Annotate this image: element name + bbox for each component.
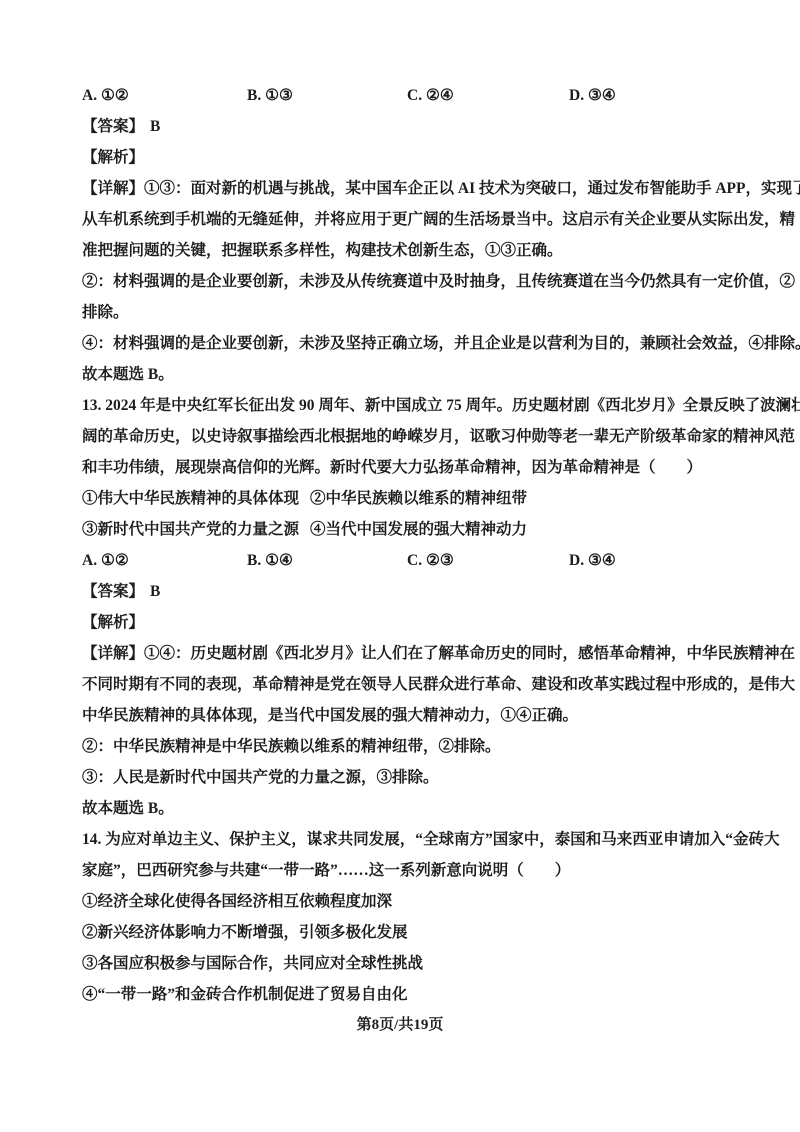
q13-options-row: A. ①② B. ①④ C. ②③ D. ③④: [82, 545, 718, 576]
q13-statement-2: ②中华民族赖以维系的精神纽带: [310, 483, 718, 514]
answer-label: 【答案】: [82, 118, 144, 135]
answer-label: 【答案】: [82, 583, 144, 600]
q13-analysis-label: 【解析】: [82, 607, 718, 638]
q12-analysis-label: 【解析】: [82, 142, 718, 173]
q13-statement-1: ①伟大中华民族精神的具体体现: [82, 483, 310, 514]
answer-value: B: [150, 583, 160, 600]
q13-stem-line: 和丰功伟绩，展现崇高信仰的光辉。新时代要大力弘扬革命精神，因为革命精神是（ ）: [82, 452, 718, 483]
q13-detail-line: 中华民族精神的具体体现，是当代中国发展的强大精神动力，①④正确。: [82, 700, 718, 731]
q12-option-d: D. ③④: [569, 80, 718, 111]
q12-detail-line: 排除。: [82, 297, 718, 328]
page-number-indicator: 第8页/共19页: [82, 1010, 718, 1041]
q14-statement-2: ②新兴经济体影响力不断增强，引领多极化发展: [82, 917, 718, 948]
q12-option-b: B. ①③: [247, 80, 407, 111]
q13-detail-line: 不同时期有不同的表现，革命精神是党在领导人民群众进行革命、建设和改革实践过程中形…: [82, 669, 718, 700]
q13-stem-line: 13. 2024 年是中央红军长征出发 90 周年、新中国成立 75 周年。历史…: [82, 390, 718, 421]
q13-stem-line: 阔的革命历史，以史诗叙事描绘西北根据地的峥嵘岁月，讴歌习仲勋等老一辈无产阶级革命…: [82, 421, 718, 452]
q12-detail-line: ②：材料强调的是企业要创新，未涉及从传统赛道中及时抽身，且传统赛道在当今仍然具有…: [82, 266, 718, 297]
q13-option-a: A. ①②: [82, 545, 247, 576]
q12-conclusion: 故本题选 B。: [82, 359, 718, 390]
q13-answer-line: 【答案】B: [82, 576, 718, 607]
q12-detail-line: 准把握问题的关键，把握联系多样性，构建技术创新生态，①③正确。: [82, 235, 718, 266]
page-content: A. ①② B. ①③ C. ②④ D. ③④ 【答案】B 【解析】 【详解】①…: [0, 0, 800, 1041]
q14-stem-line: 14. 为应对单边主义、保护主义，谋求共同发展，“全球南方”国家中，泰国和马来西…: [82, 824, 718, 855]
q14-statement-4: ④“一带一路”和金砖合作机制促进了贸易自由化: [82, 979, 718, 1010]
q13-conclusion: 故本题选 B。: [82, 793, 718, 824]
answer-value: B: [150, 118, 160, 135]
q13-option-c: C. ②③: [407, 545, 569, 576]
q13-option-d: D. ③④: [569, 545, 718, 576]
q14-statement-1: ①经济全球化使得各国经济相互依赖程度加深: [82, 886, 718, 917]
q13-option-b: B. ①④: [247, 545, 407, 576]
q12-option-a: A. ①②: [82, 80, 247, 111]
q13-detail-line: 【详解】①④：历史题材剧《西北岁月》让人们在了解革命历史的同时，感悟革命精神，中…: [82, 638, 718, 669]
q13-statement-3: ③新时代中国共产党的力量之源: [82, 514, 310, 545]
q12-detail-line: ④：材料强调的是企业要创新，未涉及坚持正确立场，并且企业是以营利为目的，兼顾社会…: [82, 328, 718, 359]
q13-detail-line: ②：中华民族精神是中华民族赖以维系的精神纽带，②排除。: [82, 731, 718, 762]
q12-options-row: A. ①② B. ①③ C. ②④ D. ③④: [82, 80, 718, 111]
exam-answer-page: A. ①② B. ①③ C. ②④ D. ③④ 【答案】B 【解析】 【详解】①…: [0, 0, 800, 1132]
q13-detail-line: ③：人民是新时代中国共产党的力量之源，③排除。: [82, 762, 718, 793]
q13-statements-row: ①伟大中华民族精神的具体体现 ②中华民族赖以维系的精神纽带: [82, 483, 718, 514]
q14-stem-line: 家庭”，巴西研究参与共建“一带一路”……这一系列新意向说明（ ）: [82, 855, 718, 886]
q12-option-c: C. ②④: [407, 80, 569, 111]
q12-detail-line: 【详解】①③：面对新的机遇与挑战，某中国车企正以 AI 技术为突破口，通过发布智…: [82, 173, 718, 204]
q12-answer-line: 【答案】B: [82, 111, 718, 142]
q13-statement-4: ④当代中国发展的强大精神动力: [310, 514, 718, 545]
q14-statement-3: ③各国应积极参与国际合作，共同应对全球性挑战: [82, 948, 718, 979]
q13-statements-row: ③新时代中国共产党的力量之源 ④当代中国发展的强大精神动力: [82, 514, 718, 545]
q12-detail-line: 从车机系统到手机端的无缝延伸，并将应用于更广阔的生活场景当中。这启示有关企业要从…: [82, 204, 718, 235]
